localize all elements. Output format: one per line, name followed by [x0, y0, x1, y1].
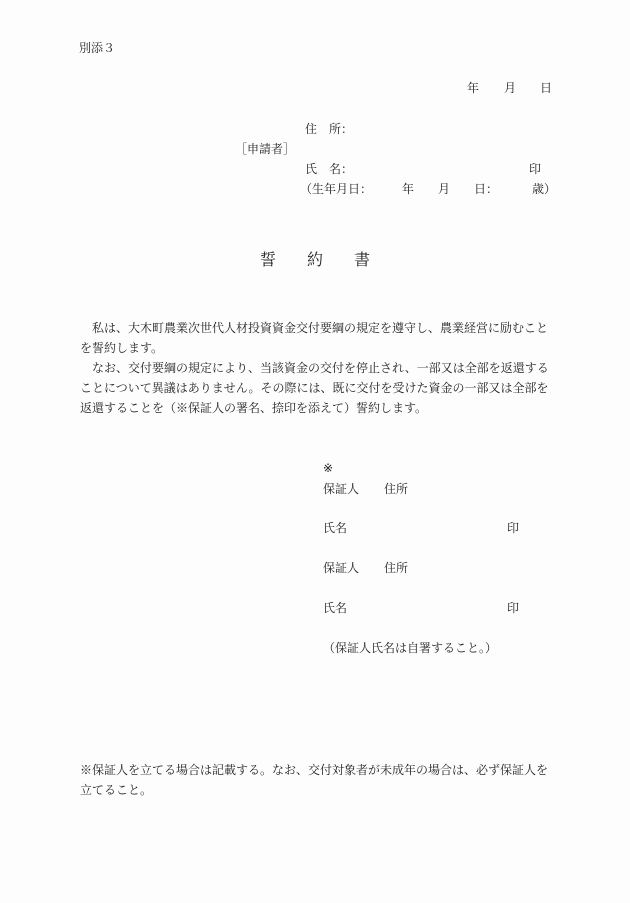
paragraph-1-line-2: を誓約します。: [80, 342, 163, 354]
applicant-address-label: 住 所：: [305, 123, 353, 135]
applicant-seal: 印: [529, 163, 541, 175]
age-label: 歳）: [532, 183, 556, 195]
guarantor-2-address-label: 住所: [384, 562, 408, 574]
footnote-line-2: 立てること。: [80, 784, 152, 796]
guarantor-signature-note: （保証人氏名は自署すること。）: [323, 642, 497, 654]
birth-year-label: 年: [402, 183, 414, 195]
guarantor-asterisk: ※: [323, 462, 333, 474]
paragraph-2-line-3: 返還することを（※保証人の署名、捺印を添えて）誓約します。: [80, 402, 427, 414]
footnote-line-1: ※保証人を立てる場合は記載する。なお、交付対象者が未成年の場合は、必ず保証人を: [80, 764, 548, 776]
guarantor-1-seal: 印: [507, 522, 519, 534]
guarantor-2-label: 保証人: [323, 562, 359, 574]
attachment-label: 別添３: [79, 42, 115, 54]
birth-month-label: 月: [438, 183, 450, 195]
guarantor-1-address-label: 住所: [384, 483, 408, 495]
title-char-1: 誓: [260, 252, 276, 268]
guarantor-1-label: 保証人: [323, 483, 359, 495]
paragraph-2-line-1: なお、交付要綱の規定により、当該資金の交付を停止され、一部又は全部を返還する: [80, 362, 549, 374]
title-char-2: 約: [307, 252, 323, 268]
date-day-label: 日: [540, 82, 552, 94]
paragraph-2-line-2: ことについて異議はありません。その際には、既に交付を受けた資金の一部又は全部を: [80, 382, 548, 394]
date-month-label: 月: [504, 82, 516, 94]
paragraph-1-line-1: 私は、大木町農業次世代人材投資資金交付要綱の規定を遵守し、農業経営に励むこと: [80, 322, 548, 334]
title-char-3: 書: [354, 252, 370, 268]
applicant-birthdate-label: （生年月日：: [300, 183, 372, 195]
date-year-label: 年: [467, 82, 479, 94]
guarantor-1-name-label: 氏名: [323, 522, 347, 534]
guarantor-2-name-label: 氏名: [323, 602, 347, 614]
applicant-name-label: 氏 名：: [305, 163, 353, 175]
applicant-label: ［申請者］: [235, 143, 295, 155]
birth-day-label: 日：: [474, 183, 498, 195]
guarantor-2-seal: 印: [507, 602, 519, 614]
